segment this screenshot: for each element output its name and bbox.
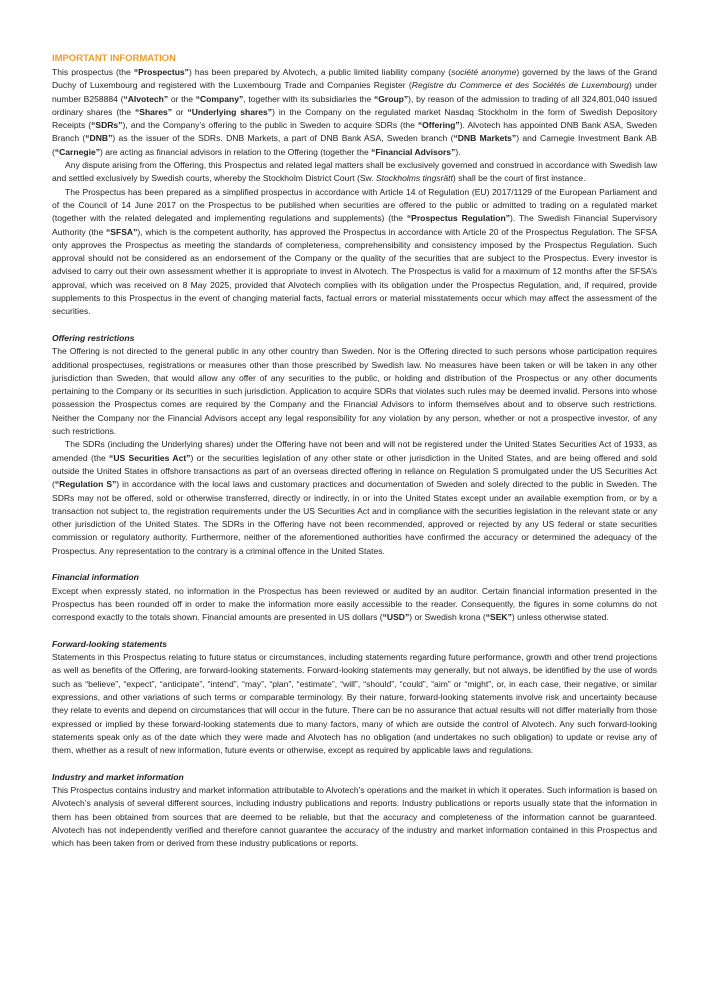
section-financial-information: Financial information Except when expres…	[52, 571, 657, 624]
defined-term: “Underlying shares”	[187, 107, 272, 117]
defined-term: “Prospectus”	[134, 67, 189, 77]
defined-term: “SEK”	[486, 612, 512, 622]
defined-term: “Financial Advisors”	[371, 147, 455, 157]
defined-term: “Prospectus Regulation”	[407, 213, 510, 223]
section-heading: Financial information	[52, 571, 657, 584]
defined-term: “Alvotech”	[123, 94, 168, 104]
section-heading: Industry and market information	[52, 771, 657, 784]
italic-term: Registre du Commerce et des Sociétés de …	[412, 80, 629, 90]
defined-term: “Company”	[196, 94, 244, 104]
document-page: IMPORTANT INFORMATION This prospectus (t…	[52, 52, 657, 851]
defined-term: “DNB”	[85, 133, 112, 143]
section-heading: Offering restrictions	[52, 332, 657, 345]
financial-paragraph: Except when expressly stated, no informa…	[52, 585, 657, 625]
defined-term: “SDRs”	[91, 120, 122, 130]
page-title: IMPORTANT INFORMATION	[52, 52, 657, 66]
intro-paragraph-2: Any dispute arising from the Offering, t…	[52, 159, 657, 186]
defined-term: “Carnegie”	[55, 147, 100, 157]
defined-term: “Shares”	[135, 107, 172, 117]
section-heading: Forward-looking statements	[52, 638, 657, 651]
italic-term: Stockholms tingsrätt	[376, 173, 453, 183]
section-forward-looking-statements: Forward-looking statements Statements in…	[52, 638, 657, 758]
offering-paragraph-2: The SDRs (including the Underlying share…	[52, 438, 657, 558]
defined-term: “Group”	[374, 94, 408, 104]
section-offering-restrictions: Offering restrictions The Offering is no…	[52, 332, 657, 558]
defined-term: “Regulation S”	[55, 479, 116, 489]
forward-paragraph: Statements in this Prospectus relating t…	[52, 651, 657, 757]
offering-paragraph-1: The Offering is not directed to the gene…	[52, 345, 657, 438]
intro-paragraph-1: This prospectus (the “Prospectus”) has b…	[52, 66, 657, 159]
intro-paragraph-3: The Prospectus has been prepared as a si…	[52, 186, 657, 319]
defined-term: “DNB Markets”	[453, 133, 516, 143]
defined-term: “SFSA”	[106, 227, 137, 237]
italic-term: société anonyme	[451, 67, 516, 77]
defined-term: “USD”	[383, 612, 410, 622]
defined-term: “US Securities Act”	[109, 453, 190, 463]
section-industry-market-information: Industry and market information This Pro…	[52, 771, 657, 851]
defined-term: “Offering”	[418, 120, 460, 130]
industry-paragraph: This Prospectus contains industry and ma…	[52, 784, 657, 850]
